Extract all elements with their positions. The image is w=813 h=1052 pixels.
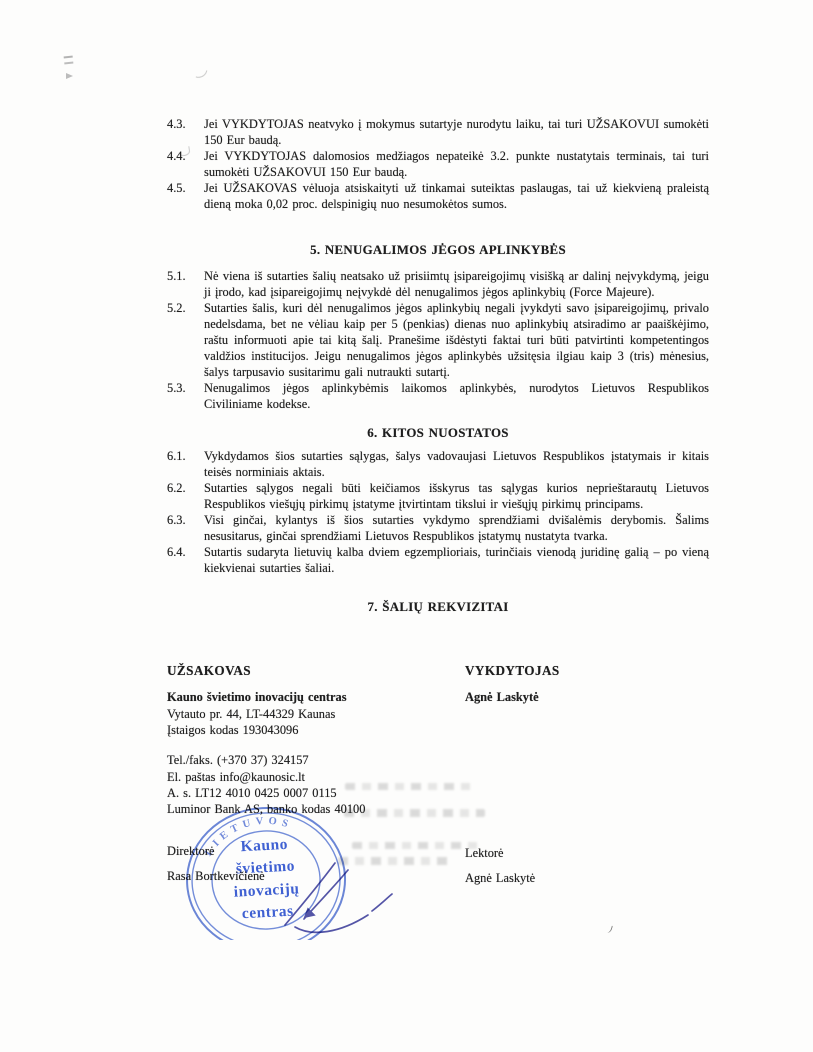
clause-number: 4.5.	[167, 181, 204, 213]
clause-text: Sutarties sąlygos negali būti keičiamos …	[204, 481, 709, 513]
section-7-title: 7. ŠALIŲ REKVIZITAI	[167, 600, 709, 616]
contractor-name: Agnė Laskytė	[465, 689, 709, 705]
clause-number: 5.3.	[167, 381, 204, 413]
clause-text: Jei VYKDYTOJAS dalomosios medžiagos nepa…	[204, 149, 709, 181]
client-role-label: UŽSAKOVAS	[167, 663, 465, 679]
scan-artifact	[605, 924, 613, 933]
clause-6-4: 6.4. Sutartis sudaryta lietuvių kalba dv…	[167, 545, 709, 577]
clause-text: Sutarties šalis, kuri dėl nenugalimos jė…	[204, 301, 709, 381]
client-phone: Tel./faks. (+370 37) 324157	[167, 752, 465, 768]
clause-4-4: 4.4. Jei VYKDYTOJAS dalomosios medžiagos…	[167, 149, 709, 181]
clause-number: 6.1.	[167, 449, 204, 481]
clause-4-5: 4.5. Jei UŽSAKOVAS vėluoja atsiskaityti …	[167, 181, 709, 213]
clause-text: Nenugalimos jėgos aplinkybėmis laikomos …	[204, 381, 709, 413]
scan-artifact	[66, 73, 73, 79]
client-signer-name: Rasa Bortkevičienė	[167, 868, 465, 884]
clause-text: Vykdydamos šios sutarties sąlygas, šalys…	[204, 449, 709, 481]
parties-requisites: UŽSAKOVAS Kauno švietimo inovacijų centr…	[167, 663, 709, 887]
scanned-contract-page: 4.3. Jei VYKDYTOJAS neatvyko į mokymus s…	[0, 0, 813, 1052]
scan-artifact	[64, 56, 74, 65]
clause-number: 6.3.	[167, 513, 204, 545]
clause-text: Jei VYKDYTOJAS neatvyko į mokymus sutart…	[204, 117, 709, 149]
clause-text: Visi ginčai, kylantys iš šios sutarties …	[204, 513, 709, 545]
clause-5-3: 5.3. Nenugalimos jėgos aplinkybėmis laik…	[167, 381, 709, 413]
clause-number: 6.4.	[167, 545, 204, 577]
clause-5-2: 5.2. Sutarties šalis, kuri dėl nenugalim…	[167, 301, 709, 381]
client-email: El. paštas info@kaunosic.lt	[167, 769, 465, 785]
clause-text: Sutartis sudaryta lietuvių kalba dviem e…	[204, 545, 709, 577]
client-bank: Luminor Bank AS, banko kodas 40100	[167, 801, 465, 817]
contractor-column: VYKDYTOJAS Agnė Laskytė Lektorė Agnė Las…	[465, 663, 709, 887]
stamp-line-4: centras	[241, 903, 294, 923]
clause-6-1: 6.1. Vykdydamos šios sutarties sąlygas, …	[167, 449, 709, 481]
client-name: Kauno švietimo inovacijų centras	[167, 689, 465, 705]
clause-text: Nė viena iš sutarties šalių neatsako už …	[204, 269, 709, 301]
contractor-signer-name: Agnė Laskytė	[465, 870, 709, 886]
client-company-code: Įstaigos kodas 193043096	[167, 722, 465, 738]
clause-number: 5.2.	[167, 301, 204, 381]
clause-5-1: 5.1. Nė viena iš sutarties šalių neatsak…	[167, 269, 709, 301]
client-bank-account: A. s. LT12 4010 0425 0007 0115	[167, 785, 465, 801]
clause-number: 4.4.	[167, 149, 204, 181]
section-6-title: 6. KITOS NUOSTATOS	[167, 426, 709, 442]
client-signer-title: Direktorė	[167, 843, 465, 859]
clause-6-3: 6.3. Visi ginčai, kylantys iš šios sutar…	[167, 513, 709, 545]
contractor-signer-title: Lektorė	[465, 845, 709, 861]
client-address: Vytauto pr. 44, LT-44329 Kaunas	[167, 706, 465, 722]
scan-artifact	[196, 68, 208, 80]
document-body: 4.3. Jei VYKDYTOJAS neatvyko į mokymus s…	[167, 117, 709, 886]
clause-text: Jei UŽSAKOVAS vėluoja atsiskaityti už ti…	[204, 181, 709, 213]
clause-4-3: 4.3. Jei VYKDYTOJAS neatvyko į mokymus s…	[167, 117, 709, 149]
client-column: UŽSAKOVAS Kauno švietimo inovacijų centr…	[167, 663, 465, 887]
contractor-role-label: VYKDYTOJAS	[465, 663, 709, 679]
section-5-title: 5. NENUGALIMOS JĖGOS APLINKYBĖS	[167, 243, 709, 259]
clause-number: 6.2.	[167, 481, 204, 513]
clause-6-2: 6.2. Sutarties sąlygos negali būti keiči…	[167, 481, 709, 513]
clause-number: 5.1.	[167, 269, 204, 301]
clause-number: 4.3.	[167, 117, 204, 149]
